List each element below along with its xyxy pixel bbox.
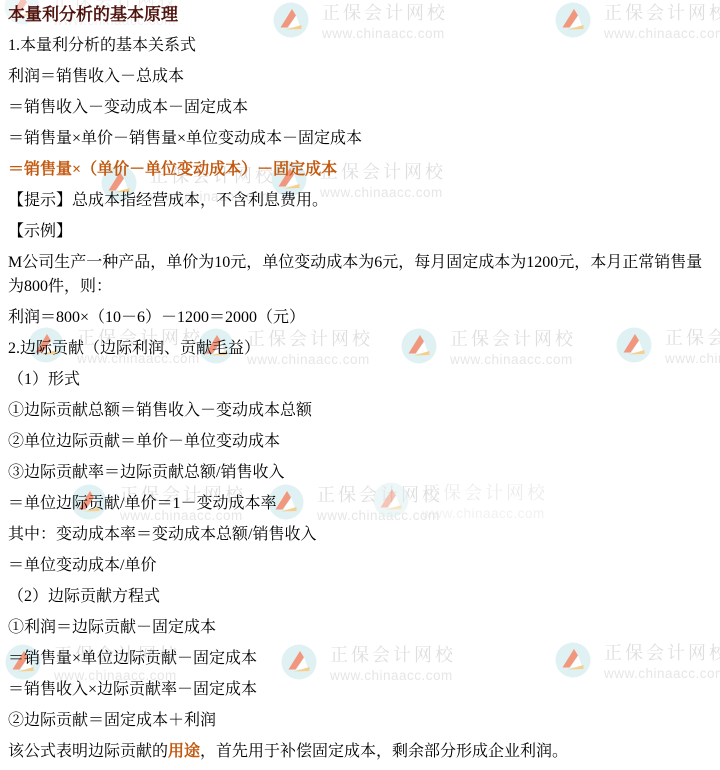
formula-line: ＝单位边际贡献/单价＝1－变动成本率 [8, 492, 715, 516]
formula-line: ②单位边际贡献＝单价－单位变动成本 [8, 430, 715, 454]
formula-line: 利润＝销售收入－总成本 [8, 65, 715, 89]
subsection-1-label: （1）形式 [8, 368, 715, 392]
example-text: M公司生产一种产品，单价为10元，单位变动成本为6元，每月固定成本为1200元，… [8, 251, 715, 299]
document-page: { "colors": { "title_text": "#4f130d", "… [0, 0, 720, 770]
subsection-2-label: （2）边际贡献方程式 [8, 585, 715, 609]
highlighted-formula-line: ＝销售量×（单价－单位变动成本）－固定成本 [8, 158, 715, 182]
conclusion-suffix: ，首先用于补偿固定成本，剩余部分形成企业利润。 [200, 743, 568, 760]
formula-line: ＝销售量×单价－销售量×单位变动成本－固定成本 [8, 127, 715, 151]
formula-line: ③边际贡献率＝边际贡献总额/销售收入 [8, 461, 715, 485]
formula-line: ＝单位变动成本/单价 [8, 554, 715, 578]
tip-line: 【提示】总成本指经营成本，不含利息费用。 [8, 189, 715, 213]
formula-line: 其中：变动成本率＝变动成本总额/销售收入 [8, 523, 715, 547]
lecture-notes: 本量利分析的基本原理 1.本量利分析的基本关系式 利润＝销售收入－总成本 ＝销售… [8, 3, 715, 770]
formula-line: ＝销售收入－变动成本－固定成本 [8, 96, 715, 120]
example-calculation: 利润＝800×（10－6）－1200＝2000（元） [8, 306, 715, 330]
section-1-heading: 1.本量利分析的基本关系式 [8, 34, 715, 58]
section-2-heading: 2.边际贡献（边际利润、贡献毛益） [8, 337, 715, 361]
conclusion-line: 该公式表明边际贡献的用途，首先用于补偿固定成本，剩余部分形成企业利润。 [8, 740, 715, 764]
formula-line: ①利润＝边际贡献－固定成本 [8, 616, 715, 640]
formula-line: ①边际贡献总额＝销售收入－变动成本总额 [8, 399, 715, 423]
example-label: 【示例】 [8, 220, 715, 244]
formula-line: ＝销售量×单位边际贡献－固定成本 [8, 647, 715, 671]
highlighted-term: 用途 [168, 743, 200, 760]
formula-line: ②边际贡献＝固定成本＋利润 [8, 709, 715, 733]
conclusion-prefix: 该公式表明边际贡献的 [8, 743, 168, 760]
page-title: 本量利分析的基本原理 [8, 3, 715, 27]
formula-line: ＝销售收入×边际贡献率－固定成本 [8, 678, 715, 702]
